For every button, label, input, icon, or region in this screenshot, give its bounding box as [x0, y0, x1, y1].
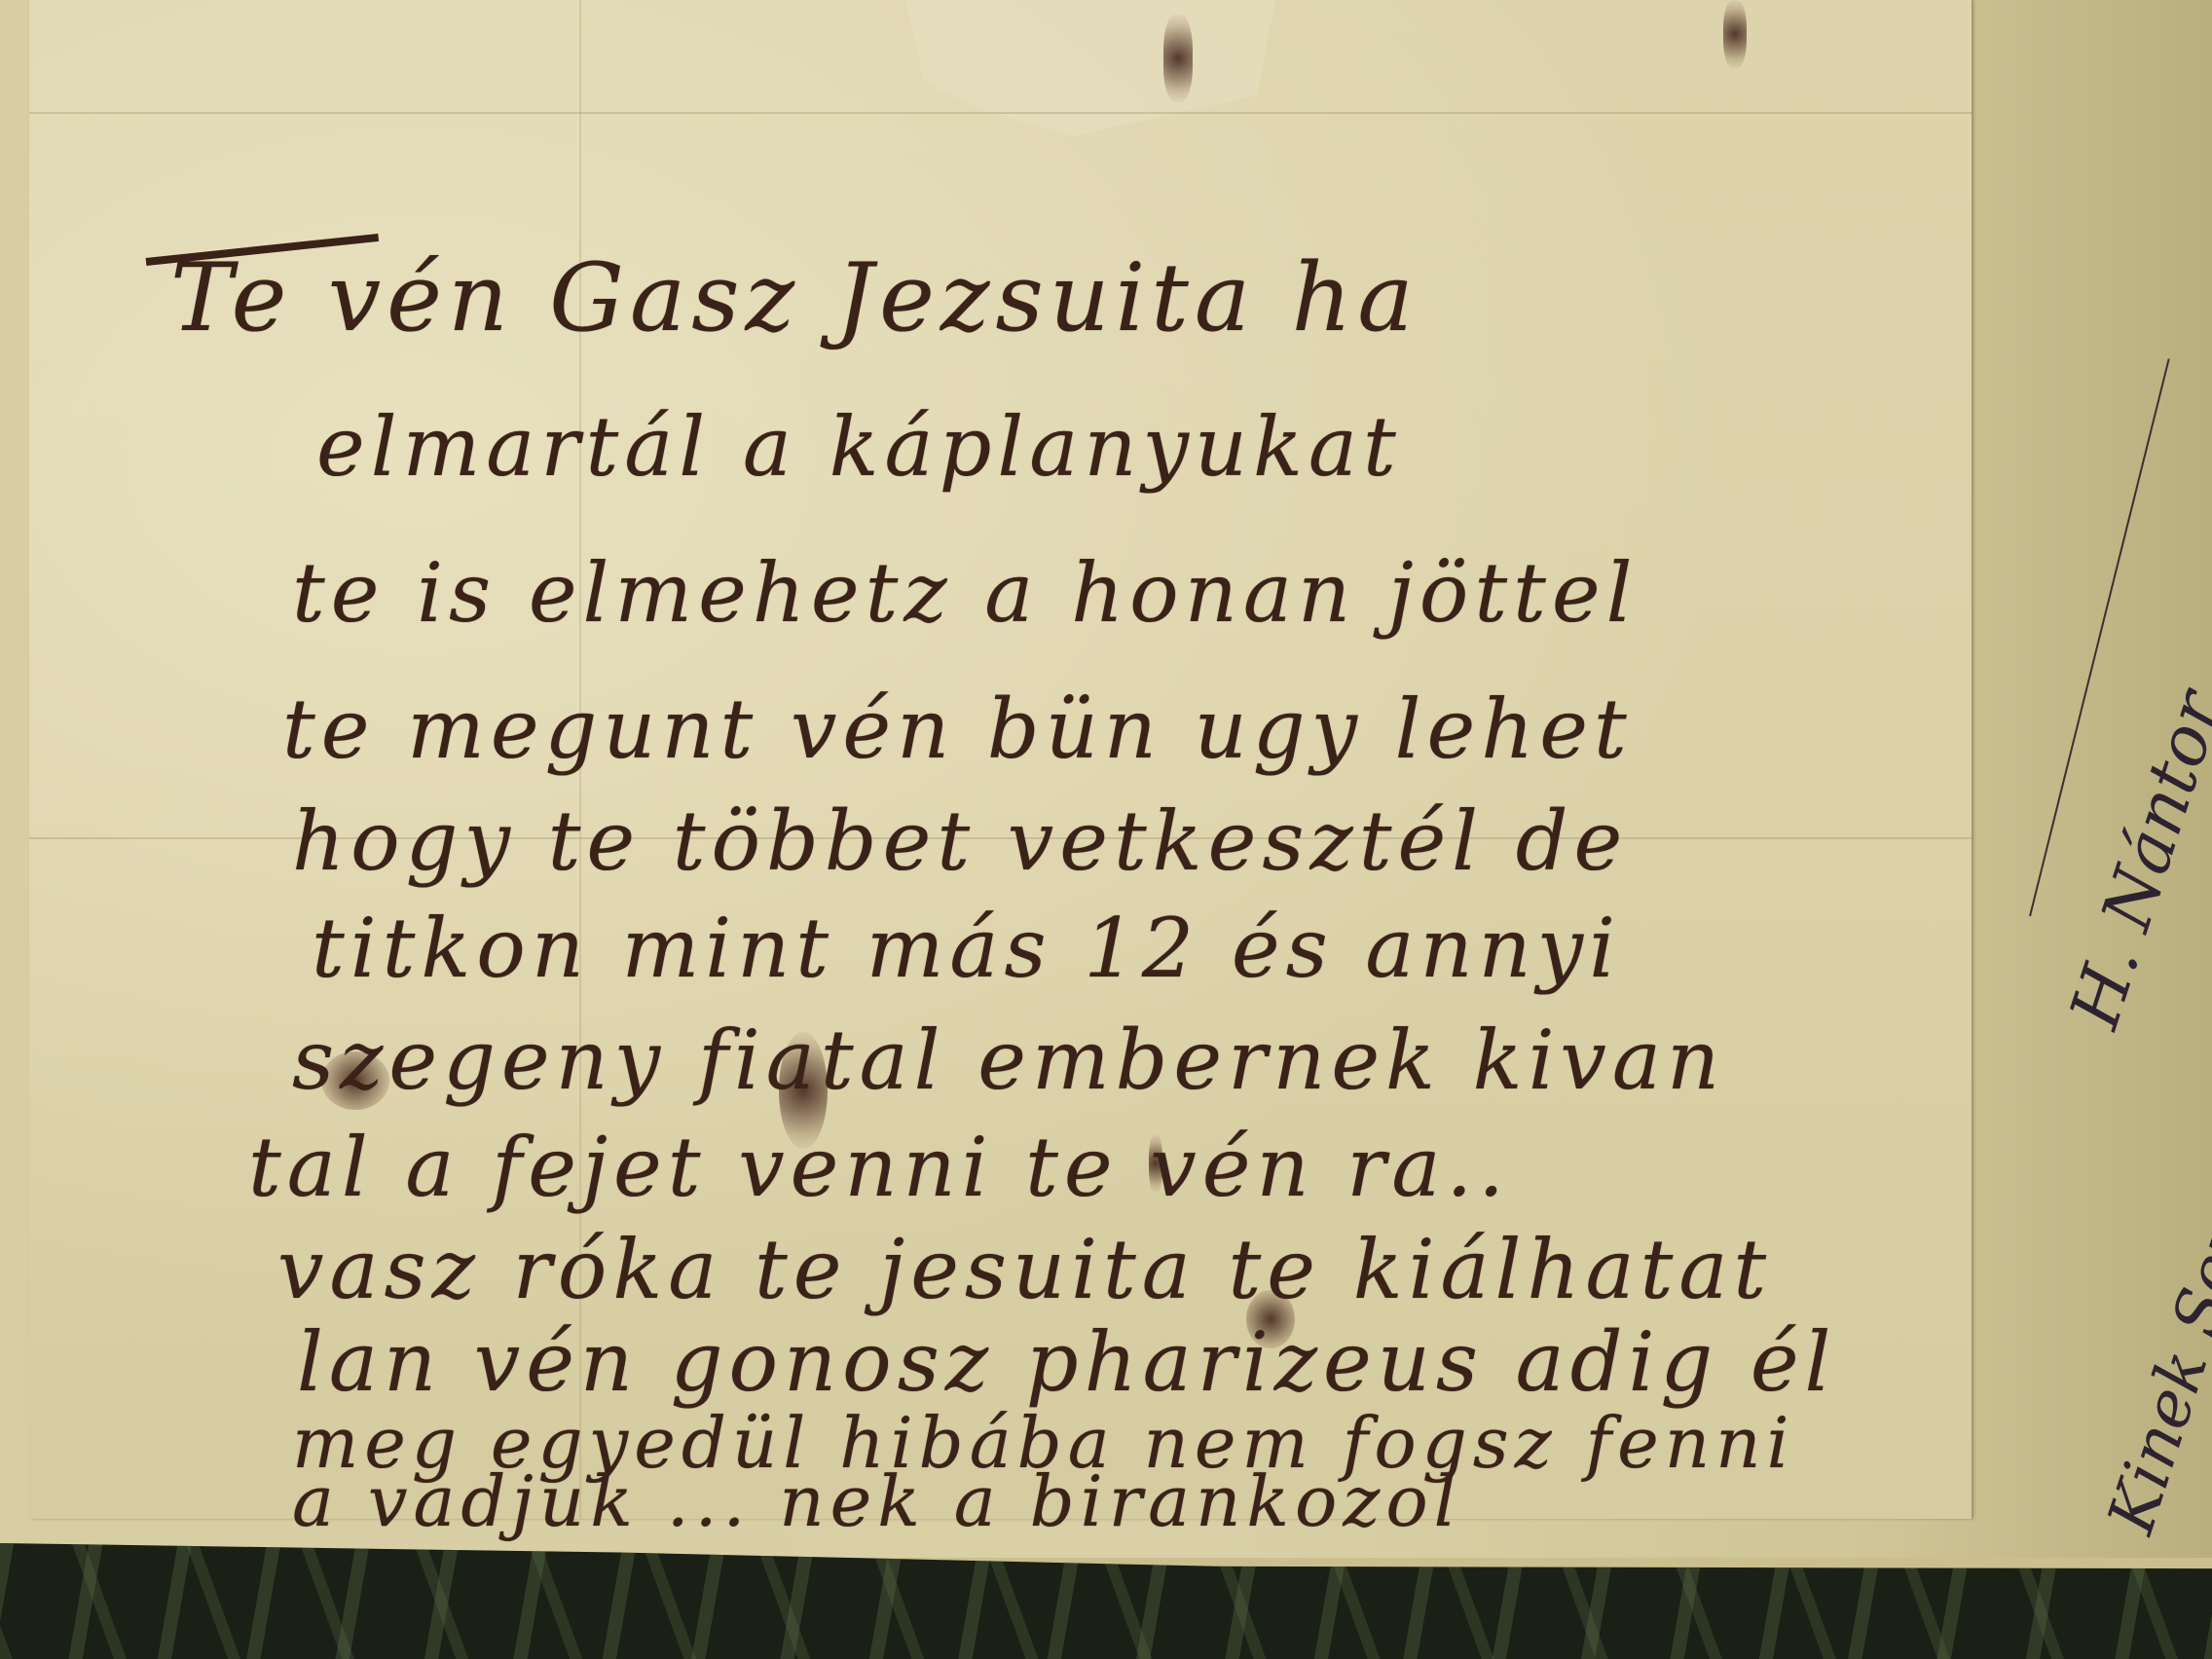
letter-line: a vadjuk ... nek a birankozol — [292, 1460, 1462, 1542]
letter-line: Te vén Gasz Jezsuita ha — [170, 243, 1419, 352]
letter-line: szegeny fiatal embernek kivan — [292, 1013, 1725, 1108]
letter-line: lan vén gonosz pharizeus adig él — [297, 1314, 1836, 1410]
letter-line: titkon mint más 12 és annyi — [312, 901, 1621, 996]
letter-line: te is elmehetz a honan jöttel — [292, 545, 1638, 641]
document-photo: Te vén Gasz Jezsuita ha elmartál a kápla… — [0, 0, 2212, 1659]
letter-line: elmartál a káplanyukat — [316, 399, 1402, 495]
background-cloth — [0, 1543, 2212, 1659]
letter-text: Te vén Gasz Jezsuita ha elmartál a kápla… — [0, 0, 1986, 1558]
letter-line: tal a fejet venni te vén ra.. — [248, 1120, 1510, 1215]
letter-line: hogy te többet vetkesztél de — [292, 793, 1628, 889]
letter-line: vasz róka te jesuita te kiálhatat — [277, 1222, 1772, 1317]
letter-line: te megunt vén bün ugy lehet — [282, 682, 1633, 777]
